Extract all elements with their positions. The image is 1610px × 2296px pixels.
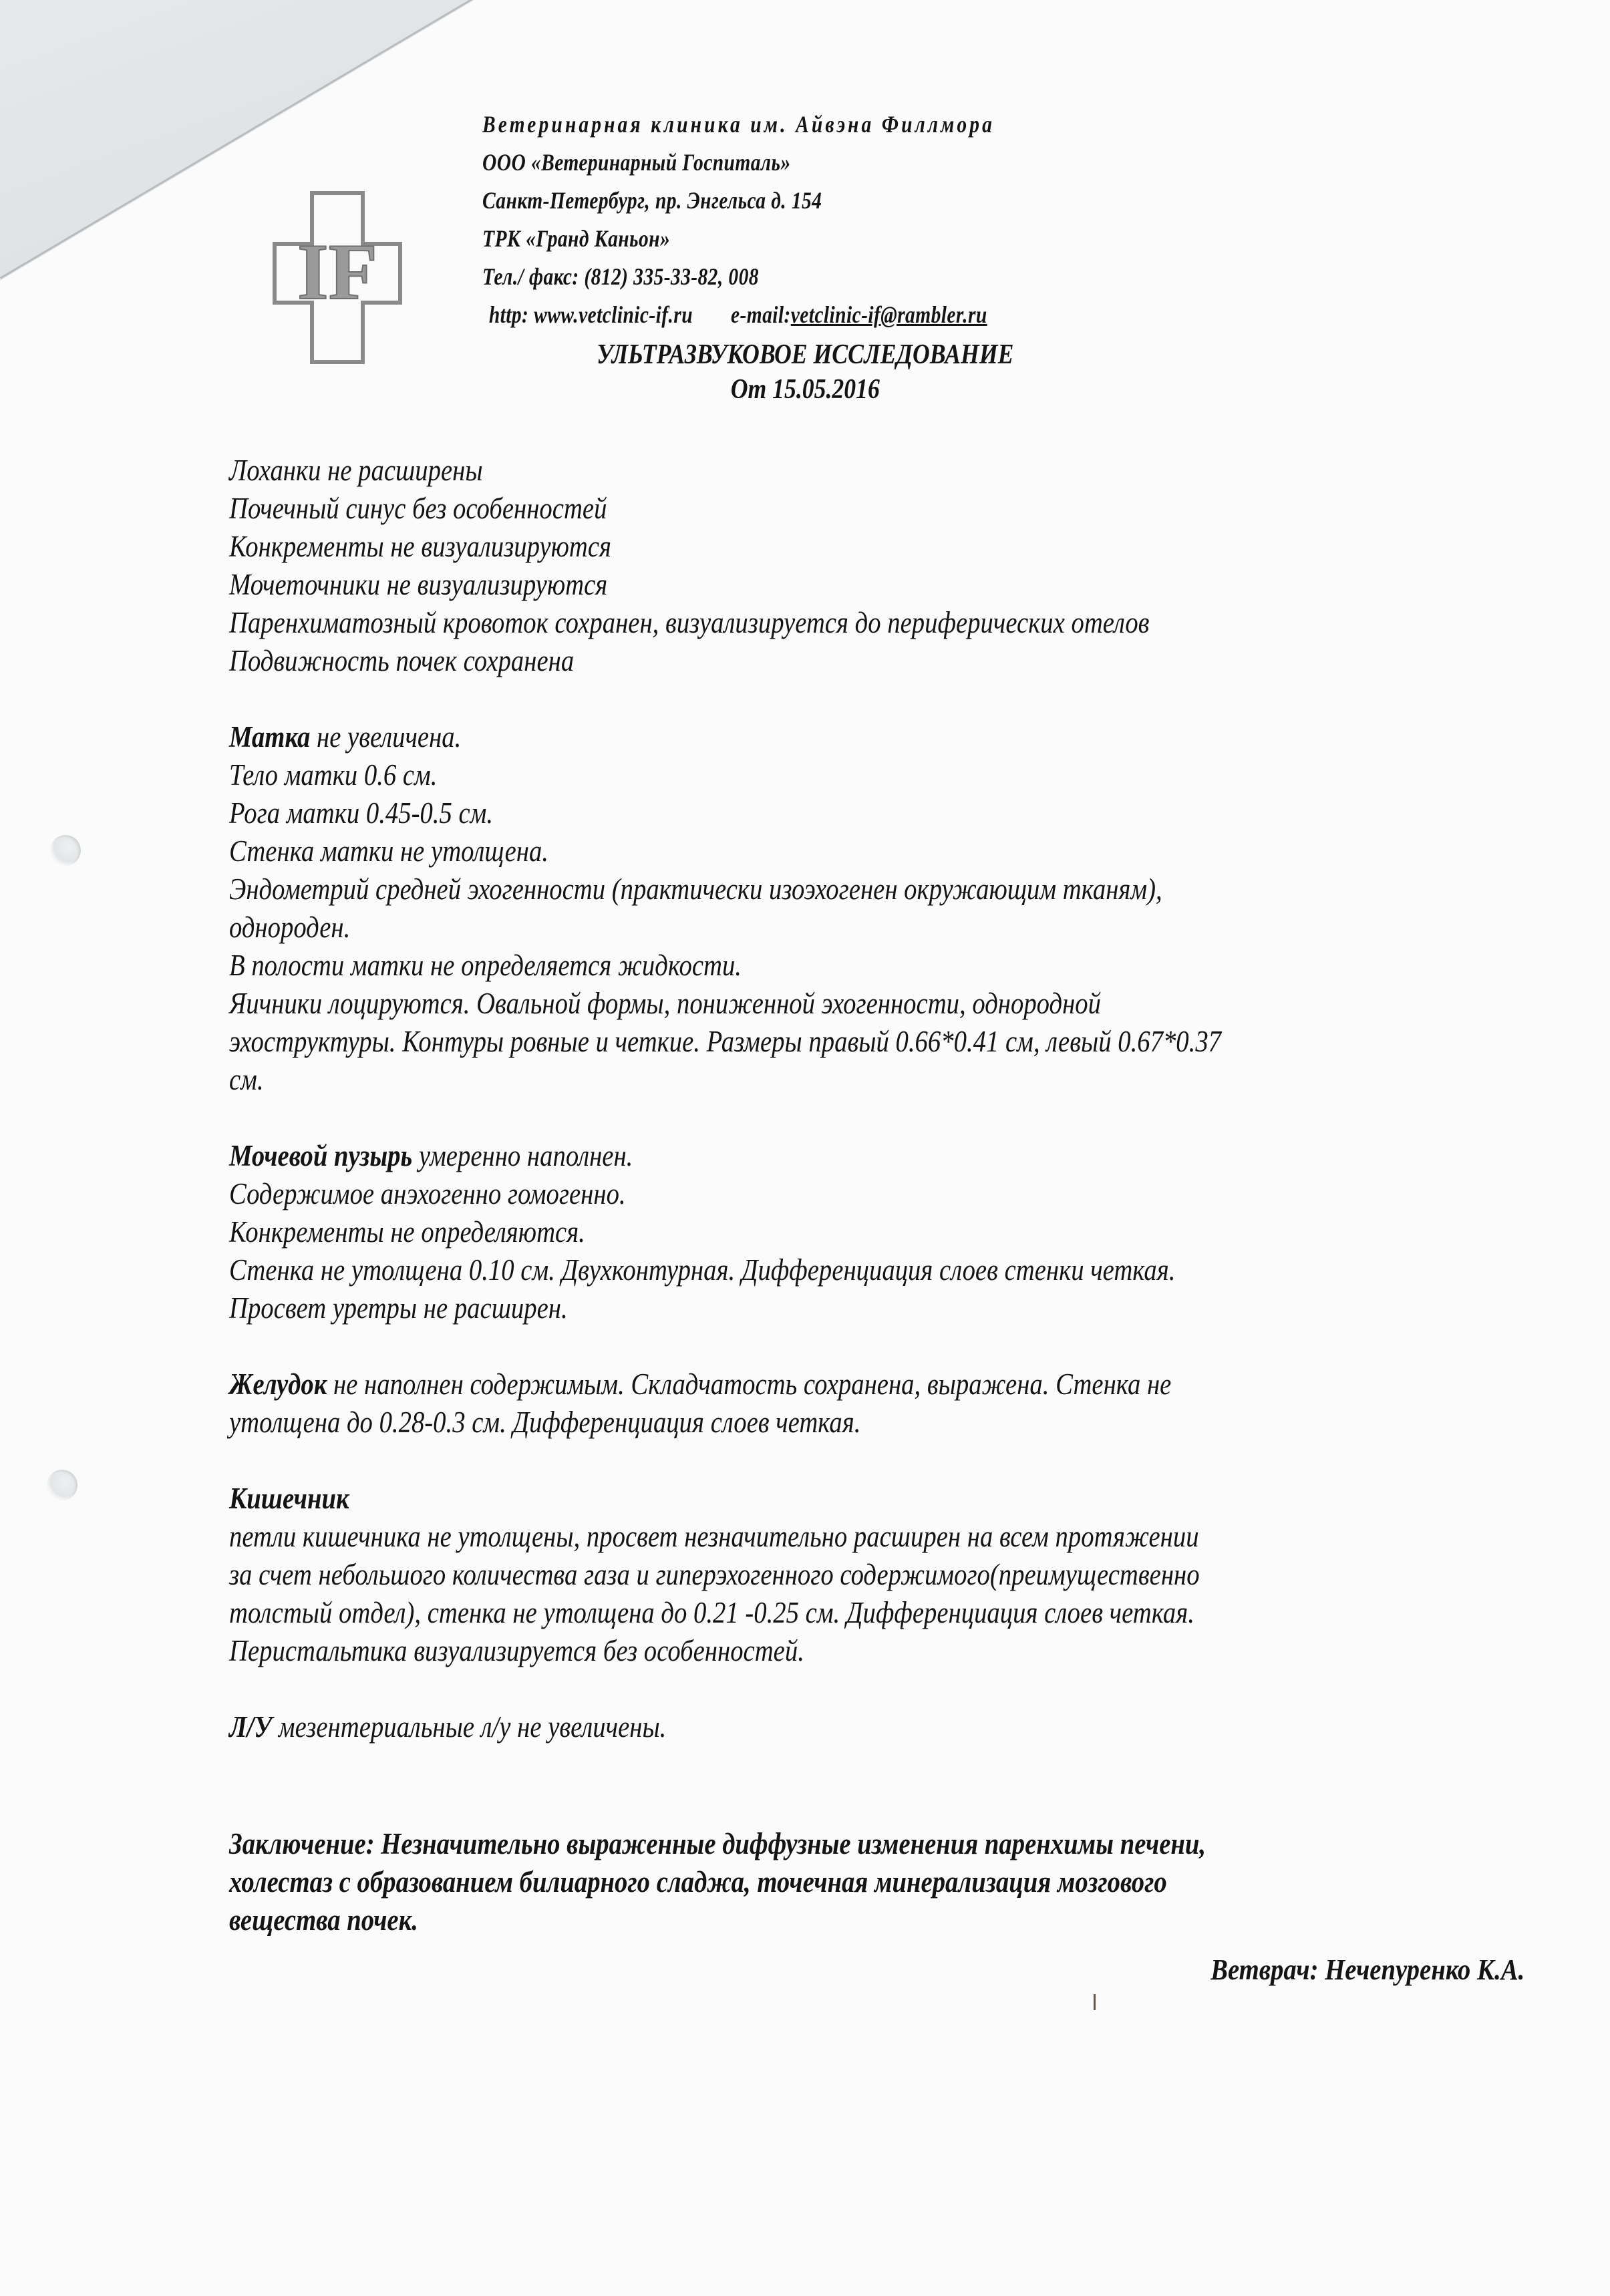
clinic-company: ООО «Ветеринарный Госпиталь» bbox=[482, 144, 995, 182]
stomach-line: утолщена до 0.28-0.3 см. Дифференциация … bbox=[229, 1404, 1372, 1442]
hole-punch-mark-bottom bbox=[47, 1470, 77, 1500]
section-conclusion: Заключение: Незначительно выраженные диф… bbox=[229, 1825, 1559, 1939]
report-body: Лоханки не расширены Почечный синус без … bbox=[229, 452, 1559, 1939]
uterus-line: Стенка матки не утолщена. bbox=[229, 832, 1372, 870]
clinic-website[interactable]: http: www.vetclinic-if.ru bbox=[489, 296, 693, 334]
lymph-nodes-text: мезентериальные л/у не увеличены. bbox=[272, 1710, 666, 1744]
stomach-heading-text: не наполнен содержимым. Складчатость сох… bbox=[327, 1367, 1171, 1401]
uterus-line: Яичники лоцируются. Овальной формы, пони… bbox=[229, 985, 1372, 1023]
section-bladder: Мочевой пузырь умеренно наполнен. Содерж… bbox=[229, 1137, 1559, 1327]
section-lymph-nodes: Л/У мезентериальные л/у не увеличены. bbox=[229, 1708, 1559, 1746]
bladder-line: Содержимое анэхогенно гомогенно. bbox=[229, 1175, 1372, 1213]
section-kidneys: Лоханки не расширены Почечный синус без … bbox=[229, 452, 1559, 680]
lymph-nodes-line: Л/У мезентериальные л/у не увеличены. bbox=[229, 1708, 1372, 1746]
uterus-heading-text: не увеличена. bbox=[310, 720, 461, 754]
bladder-heading-line: Мочевой пузырь умеренно наполнен. bbox=[229, 1137, 1372, 1175]
section-stomach: Желудок не наполнен содержимым. Складчат… bbox=[229, 1365, 1559, 1442]
kidneys-line: Конкременты не визуализируются bbox=[229, 528, 1372, 566]
hole-punch-mark-top bbox=[50, 835, 81, 866]
kidneys-line: Паренхиматозный кровоток сохранен, визуа… bbox=[229, 604, 1372, 642]
kidneys-line: Подвижность почек сохранена bbox=[229, 642, 1372, 680]
uterus-line: однороден. bbox=[229, 909, 1372, 947]
letterhead: Ветеринарная клиника им. Айвэна Филлмора… bbox=[482, 106, 995, 334]
bladder-line: Просвет уретры не расширен. bbox=[229, 1289, 1372, 1327]
uterus-line: Тело матки 0.6 см. bbox=[229, 756, 1372, 794]
vet-signature: Ветврач: Нечепуренко К.А. bbox=[1211, 1951, 1524, 1989]
clinic-phone: Тел./ факс: (812) 335-33-82, 008 bbox=[482, 258, 995, 296]
uterus-line: см. bbox=[229, 1061, 1372, 1099]
intestine-line: толстый отдел), стенка не утолщена до 0.… bbox=[229, 1594, 1372, 1632]
svg-text:IF: IF bbox=[297, 227, 377, 316]
uterus-line: В полости матки не определяется жидкости… bbox=[229, 947, 1372, 985]
intestine-line: петли кишечника не утолщены, просвет нез… bbox=[229, 1518, 1372, 1556]
section-uterus: Матка не увеличена. Тело матки 0.6 см. Р… bbox=[229, 718, 1559, 1099]
document-title: УЛЬТРАЗВУКОВОЕ ИССЛЕДОВАНИЕ bbox=[597, 337, 1013, 372]
kidneys-line: Почечный синус без особенностей bbox=[229, 490, 1372, 528]
clinic-address: Санкт-Петербург, пр. Энгельса д. 154 bbox=[482, 182, 995, 220]
clinic-email-link[interactable]: vetclinic-if@rambler.ru bbox=[791, 296, 987, 334]
bladder-line: Стенка не утолщена 0.10 см. Двухконтурна… bbox=[229, 1251, 1372, 1289]
intestine-line: Перистальтика визуализируется без особен… bbox=[229, 1632, 1372, 1670]
kidneys-line: Лоханки не расширены bbox=[229, 452, 1372, 490]
intestine-heading: Кишечник bbox=[229, 1482, 349, 1515]
uterus-heading: Матка bbox=[229, 720, 310, 754]
conclusion-line: Заключение: Незначительно выраженные диф… bbox=[229, 1825, 1372, 1863]
uterus-line: Эндометрий средней эхогенности (практиче… bbox=[229, 870, 1372, 909]
uterus-line: эхоструктуры. Контуры ровные и четкие. Р… bbox=[229, 1023, 1372, 1061]
kidneys-line: Мочеточники не визуализируются bbox=[229, 566, 1372, 604]
uterus-heading-line: Матка не увеличена. bbox=[229, 718, 1372, 756]
conclusion-line: холестаз с образованием билиарного сладж… bbox=[229, 1863, 1372, 1901]
stomach-heading: Желудок bbox=[229, 1367, 327, 1401]
intestine-line: за счет небольшого количества газа и гип… bbox=[229, 1556, 1372, 1594]
conclusion-line: вещества почек. bbox=[229, 1901, 1372, 1939]
document-title-block: УЛЬТРАЗВУКОВОЕ ИССЛЕДОВАНИЕ От 15.05.201… bbox=[0, 337, 1610, 407]
email-label: e-mail: bbox=[731, 296, 791, 334]
section-intestine: Кишечник петли кишечника не утолщены, пр… bbox=[229, 1480, 1559, 1670]
stomach-heading-line: Желудок не наполнен содержимым. Складчат… bbox=[229, 1365, 1372, 1404]
document-date: От 15.05.2016 bbox=[730, 372, 879, 407]
clinic-mall: ТРК «Гранд Каньон» bbox=[482, 220, 995, 258]
bladder-heading: Мочевой пузырь bbox=[229, 1139, 412, 1172]
bladder-line: Конкременты не определяются. bbox=[229, 1213, 1372, 1251]
uterus-line: Рога матки 0.45-0.5 см. bbox=[229, 794, 1372, 832]
intestine-heading-line: Кишечник bbox=[229, 1480, 1372, 1518]
bladder-heading-text: умеренно наполнен. bbox=[412, 1139, 633, 1172]
ink-speck bbox=[1094, 1994, 1096, 2010]
clinic-contacts: http: www.vetclinic-if.ru e-mail: vetcli… bbox=[482, 296, 995, 334]
clinic-name: Ветеринарная клиника им. Айвэна Филлмора bbox=[482, 106, 995, 144]
lymph-nodes-heading: Л/У bbox=[229, 1710, 272, 1744]
